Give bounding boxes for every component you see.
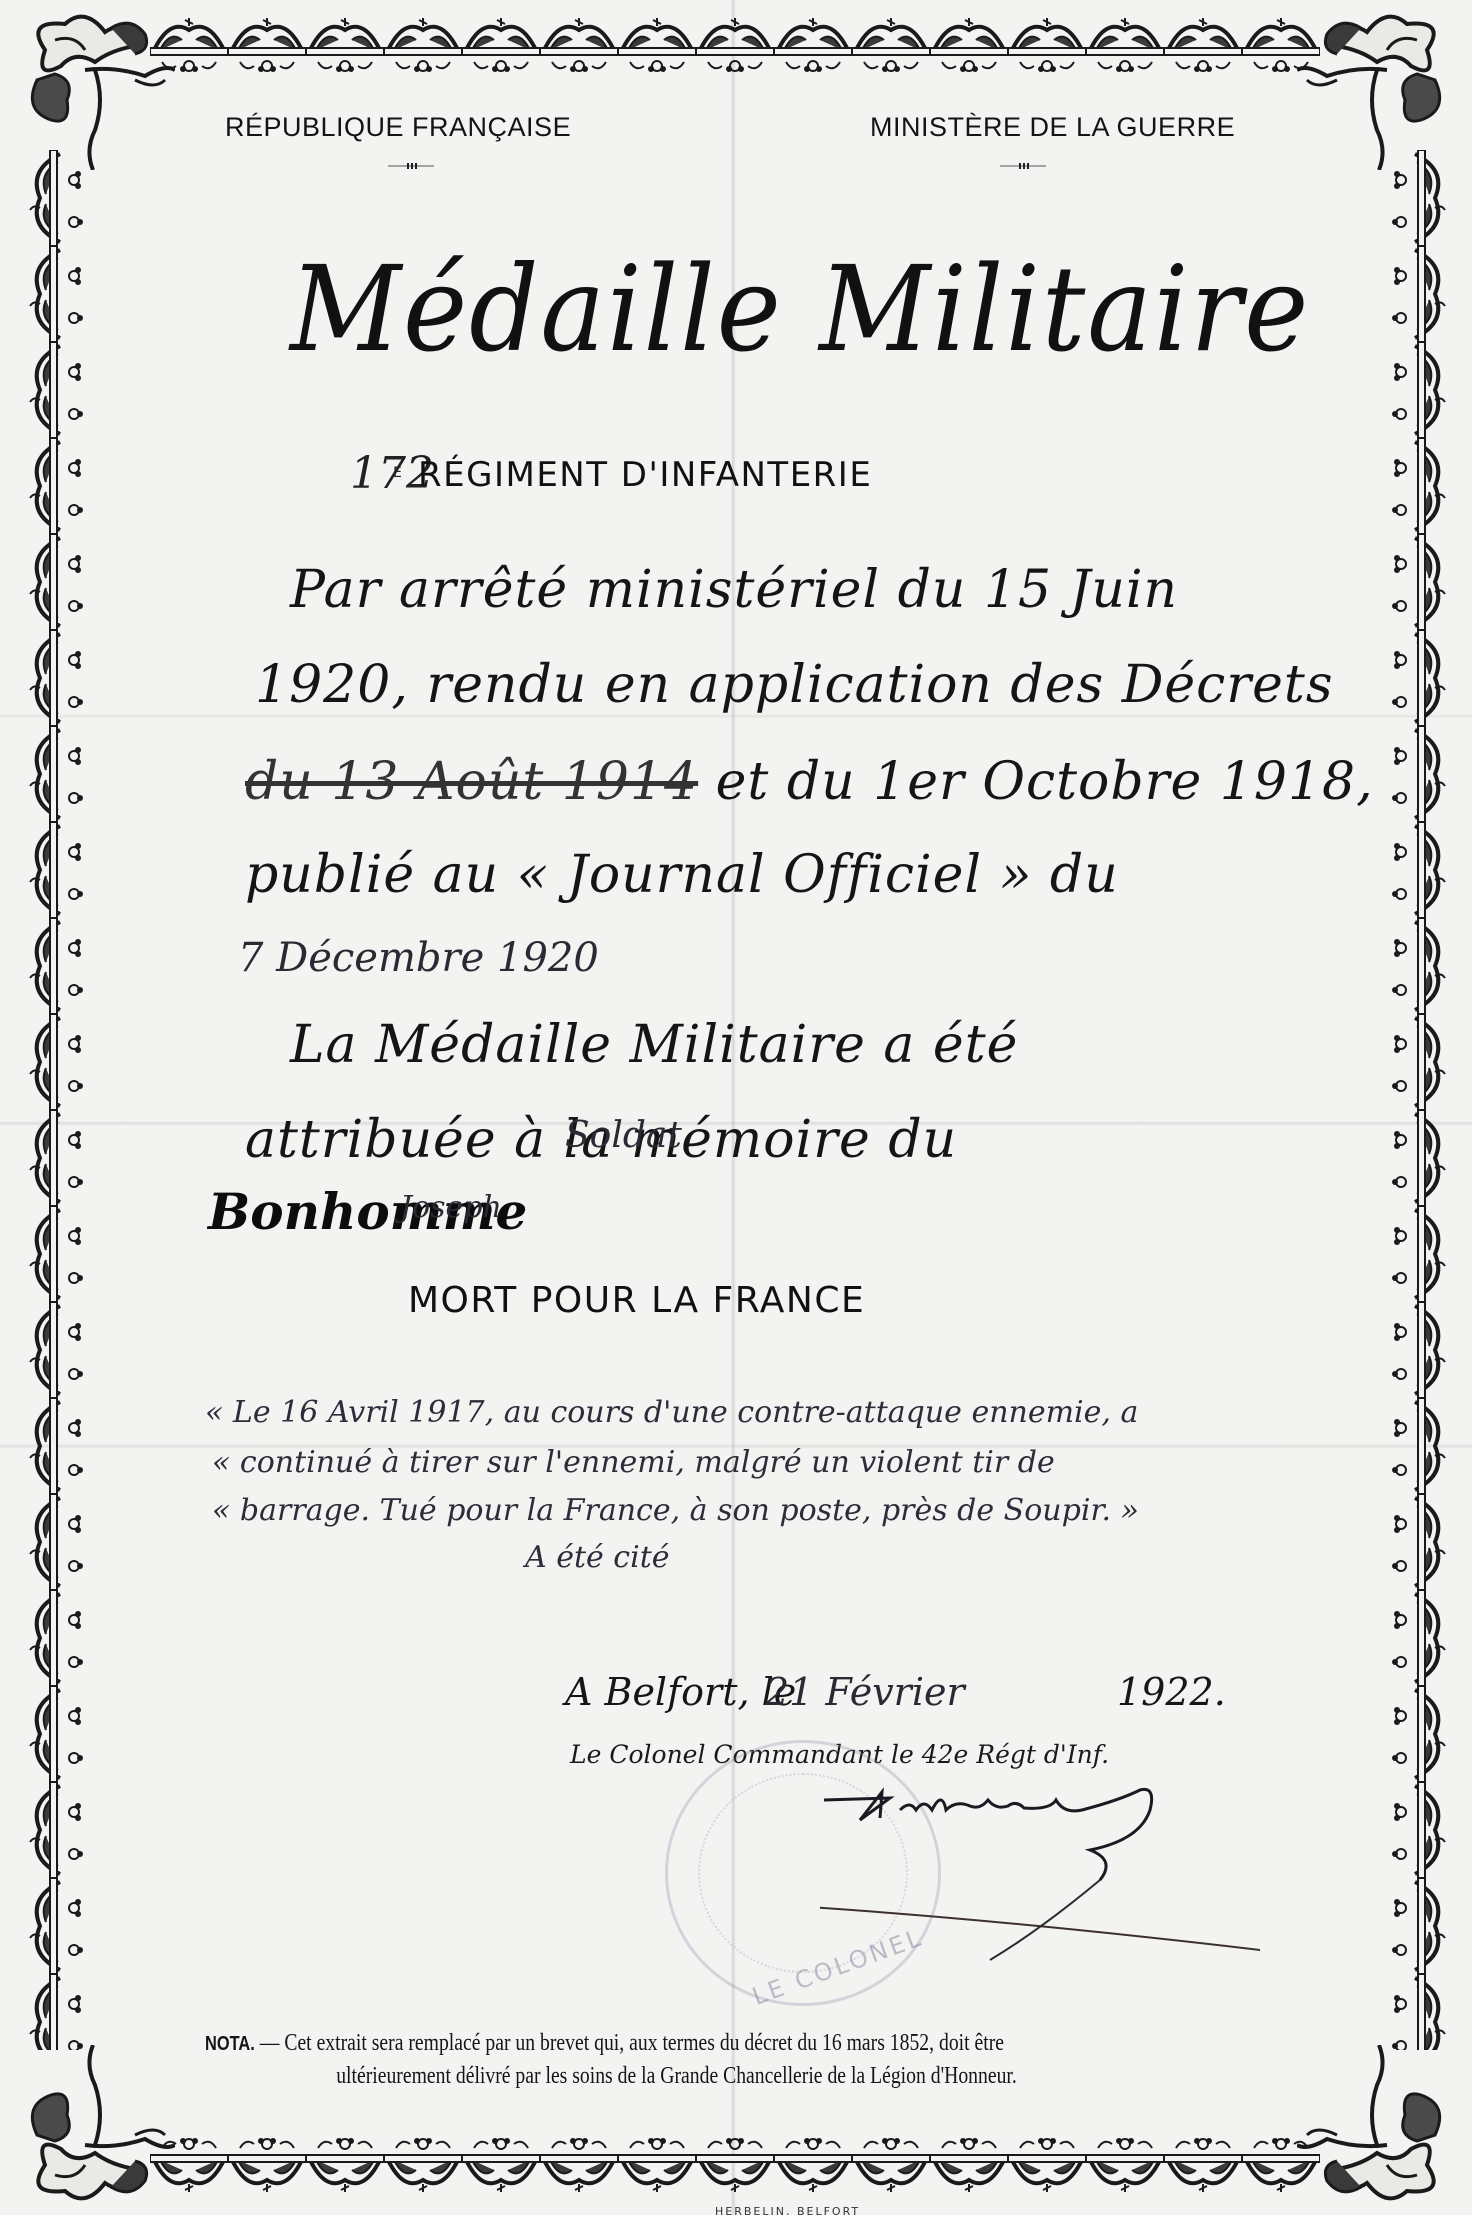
- nota-footnote: NOTA. — Cet extrait sera remplacé par un…: [205, 2030, 1074, 2090]
- citation-line: « continué à tirer sur l'ennemi, malgré …: [212, 1445, 1055, 1480]
- printer-imprint: HERBELIN, BELFORT: [715, 2205, 860, 2215]
- body-line-dates: du 13 Août 1914 et du 1er Octobre 1918,: [245, 752, 1374, 812]
- body-line-journal: publié au « Journal Officiel » du: [245, 845, 1119, 905]
- citation-line: A été cité: [525, 1540, 670, 1575]
- header-divider-ornament-icon: [388, 163, 434, 169]
- ornamental-border-bottom: [150, 2130, 1320, 2200]
- nota-text-1: — Cet extrait sera remplacé par un breve…: [255, 2030, 1004, 2056]
- publication-date: 7 Décembre 1920: [238, 935, 599, 981]
- ornamental-border-right: [1385, 150, 1455, 2050]
- soldier-rank: Soldat: [565, 1115, 682, 1156]
- decree-date: et du 1er Octobre 1918,: [698, 752, 1374, 812]
- ribbon-corner-ornament-icon: [15, 10, 175, 170]
- ribbon-corner-ornament-icon: [1297, 10, 1457, 170]
- signoff-year: 1922.: [1117, 1670, 1226, 1714]
- signoff-day-month: 21 Février: [765, 1670, 965, 1714]
- colonel-signature-icon: [820, 1780, 1260, 1980]
- header-republique: RÉPUBLIQUE FRANÇAISE: [225, 112, 571, 143]
- soldier-firstname: Joseph: [400, 1190, 502, 1225]
- nota-line-1: NOTA. — Cet extrait sera remplacé par un…: [205, 2030, 1074, 2057]
- body-line-arrete: Par arrêté ministériel du 15 Juin: [290, 560, 1178, 620]
- nota-text-2: ultérieurement délivré par les soins de …: [205, 2063, 1074, 2090]
- header-divider-ornament-icon: [1000, 163, 1046, 169]
- status-mort-pour-la-france: MORT POUR LA FRANCE: [408, 1280, 865, 1321]
- ribbon-corner-ornament-icon: [15, 2045, 175, 2205]
- citation-line: « barrage. Tué pour la France, à son pos…: [212, 1493, 1139, 1528]
- body-line-medal-awarded: La Médaille Militaire a été: [290, 1015, 1018, 1075]
- ribbon-corner-ornament-icon: [1297, 2045, 1457, 2205]
- regiment-label: RÉGIMENT D'INFANTERIE: [418, 455, 872, 495]
- ornamental-border-top: [150, 10, 1320, 80]
- body-line-decrets: 1920, rendu en application des Décrets: [255, 655, 1334, 715]
- regiment-ordinal-suffix: E: [393, 465, 402, 481]
- nota-label: NOTA.: [205, 2033, 255, 2055]
- struck-decree-date: du 13 Août 1914: [245, 752, 698, 812]
- place-date-line: A Belfort, le 21 Février 1922.: [565, 1670, 796, 1714]
- citation-line: « Le 16 Avril 1917, au cours d'une contr…: [205, 1395, 1138, 1430]
- header-ministere: MINISTÈRE DE LA GUERRE: [870, 112, 1235, 143]
- place-prefix: A Belfort, le: [565, 1670, 796, 1714]
- certificate-title: Médaille Militaire: [290, 240, 1310, 378]
- ornamental-border-left: [20, 150, 90, 2050]
